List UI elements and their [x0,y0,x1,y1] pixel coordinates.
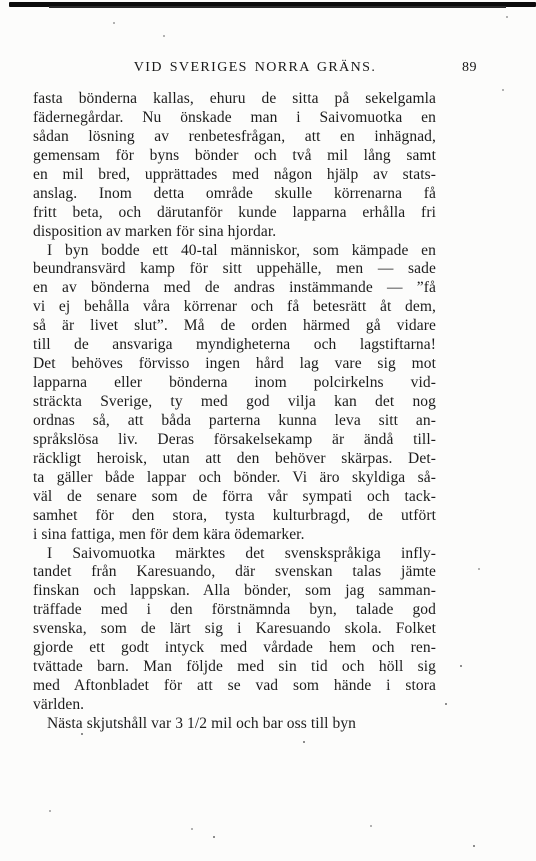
scan-speck [163,35,165,37]
scan-speck [445,703,447,705]
text-line: Nästa skjutshåll var 3 1/2 mil och bar o… [33,715,436,734]
text-line: fritt beta, och därutanför kunde lapparn… [33,204,436,223]
page-header: VID SVERIGES NORRA GRÄNS. 89 [33,60,477,78]
scan-speck [81,733,83,735]
text-line: språkslösa liv. Deras försakelsekamp är … [33,431,436,450]
text-line: tandet från Karesuando, där svenskan tal… [33,563,436,582]
text-line: finskan och lappskan. Alla bönder, som j… [33,582,436,601]
scan-speck [113,22,115,24]
scan-speck [473,845,475,847]
text-line: till de ansvariga myndigheterna och lags… [33,336,436,355]
text-line: en av bönderna med de andras instämmande… [33,279,436,298]
scan-speck [460,665,462,667]
text-line: gjorde ett godt intyck med vårdade hem o… [33,639,436,658]
text-line: världen. [33,696,436,715]
text-line: Det behöves förvisso ingen hård lag vare… [33,355,436,374]
text-line: ta gäller både lappar och bönder. Vi äro… [33,469,436,488]
scan-speck [502,89,504,91]
text-line: lapparna eller bönderna inom polcirkelns… [33,374,436,393]
scan-edge-artifact [9,2,536,7]
text-line: räckligt heroisk, utan att den behöver s… [33,450,436,469]
scan-speck [478,568,480,570]
text-line: samhet för den stora, tysta kulturbragd,… [33,507,436,526]
scan-speck [370,825,372,827]
text-line: träffade med i den förstnämnda byn, tala… [33,601,436,620]
text-line: i sina fattiga, men för dem kära ödemark… [33,526,436,545]
text-line: sådan lösning av renbetesfrågan, att en … [33,128,436,147]
scan-speck [49,810,51,812]
text-line: svenska, som de lärt sig i Karesuando sk… [33,620,436,639]
text-line: med Aftonbladet för att se vad som hände… [33,677,436,696]
text-line: en mil bred, upprättades med någon hjälp… [33,166,436,185]
page-number: 89 [462,60,477,76]
scan-speck [191,828,193,830]
book-page: VID SVERIGES NORRA GRÄNS. 89 fasta bönde… [0,0,536,861]
text-line: gemensam för byns bönder och två mil lån… [33,147,436,166]
text-line: väl de senare som de förra vår sympati o… [33,488,436,507]
text-line: ordnas så, att båda parterna kunna leva … [33,412,436,431]
running-title: VID SVERIGES NORRA GRÄNS. [134,60,376,75]
text-line: anslag. Inom detta område skulle körrena… [33,185,436,204]
text-line: beundransvärd kamp för sitt uppehälle, m… [33,260,436,279]
scan-speck [213,836,215,838]
text-line: tvättade barn. Man följde med sin tid oc… [33,658,436,677]
text-line: så är livet slut”. Må de orden härmed gå… [33,317,436,336]
text-line: sträckta Sverige, ty med god vilja kan d… [33,393,436,412]
scan-speck [303,741,305,743]
text-line: vi ej behålla våra körrenar och få betes… [33,298,436,317]
text-line: I byn bodde ett 40-tal människor, som kä… [33,242,436,261]
page-body: fasta bönderna kallas, ehuru de sitta på… [33,90,436,734]
text-line: fädernegårdar. Nu önskade man i Saivomuo… [33,109,436,128]
text-line: disposition av marken för sina hjordar. [33,223,436,242]
text-line: I Saivomuotka märktes det svenskspråkiga… [33,545,436,564]
text-line: fasta bönderna kallas, ehuru de sitta på… [33,90,436,109]
scan-speck [506,16,508,18]
